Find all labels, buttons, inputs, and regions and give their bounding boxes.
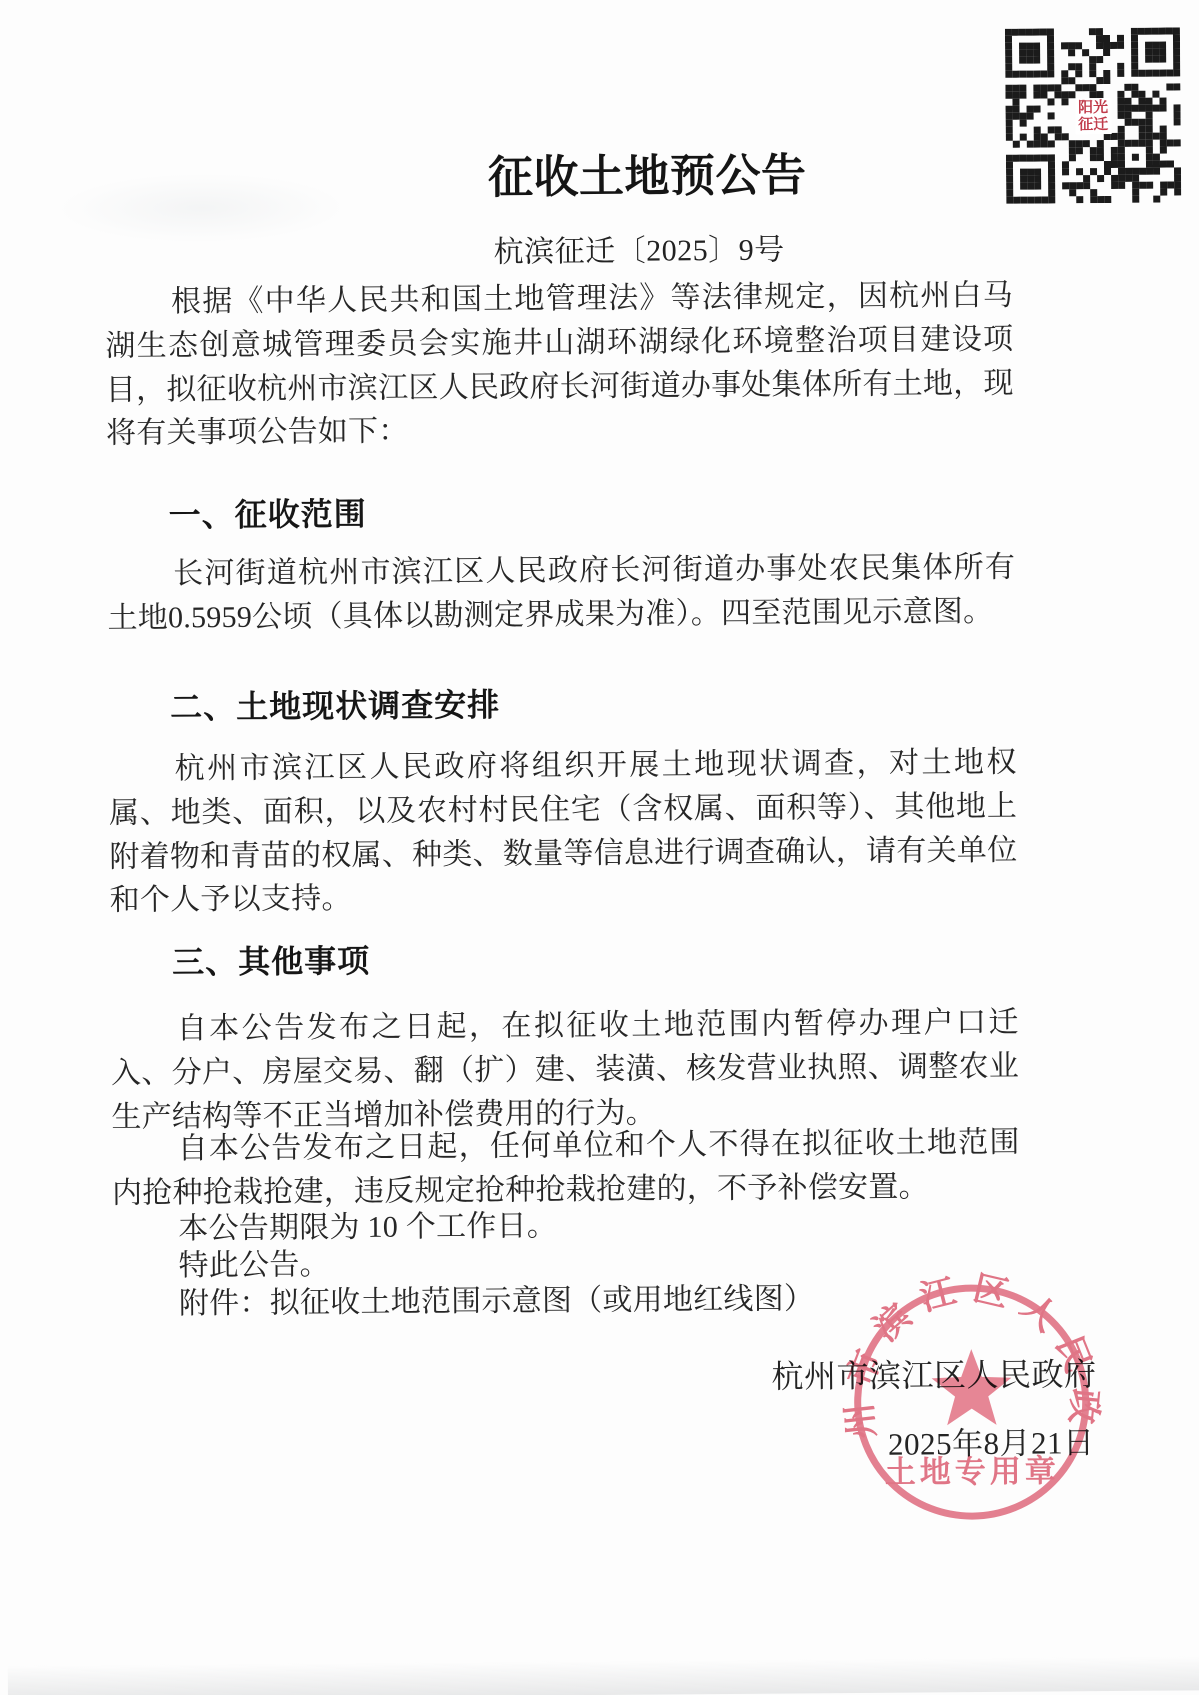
issuer-signature: 杭州市滨江区人民政府: [771, 1349, 1096, 1398]
section-1-heading: 一、征收范围: [169, 489, 367, 537]
section-1-paragraph: 长河街道杭州市滨江区人民政府长河街道办事处农民集体所有土地0.5959公顷（具体…: [107, 546, 1016, 641]
section-2-heading: 二、土地现状调查安排: [170, 680, 500, 729]
section-2-paragraph: 杭州市滨江区人民政府将组织开展土地现状调查，对土地权属、地类、面积，以及农村村民…: [109, 741, 1018, 923]
qr-center-label: 阳光 征迁: [1075, 97, 1111, 133]
document-content: 阳光 征迁 征收土地预公告 杭滨征迁〔2025〕9号 根据《中华人民共和国土地管…: [0, 0, 1199, 1695]
intro-paragraph: 根据《中华人民共和国土地管理法》等法律规定，因杭州白马湖生态创意城管理委员会实施…: [105, 274, 1014, 456]
qr-label-line1: 阳光: [1078, 98, 1108, 115]
scanned-document-page: 阳光 征迁 征收土地预公告 杭滨征迁〔2025〕9号 根据《中华人民共和国土地管…: [0, 0, 1199, 1695]
attachment-line: 附件：拟征收土地范围示意图（或用地红线图）: [113, 1276, 1021, 1327]
scan-smudge: [56, 172, 347, 244]
scan-bottom-shadow: [8, 1656, 1199, 1695]
section-3-paragraph-1: 自本公告发布之日起，在拟征收土地范围内暂停办理户口迁入、分户、房屋交易、翻（扩）…: [111, 1001, 1020, 1140]
document-number: 杭滨征迁〔2025〕9号: [493, 225, 784, 271]
qr-label-line2: 征迁: [1078, 115, 1108, 132]
page-title: 征收土地预公告: [488, 138, 807, 205]
section-3-heading: 三、其他事项: [172, 936, 370, 984]
issue-date: 2025年8月21日: [888, 1417, 1095, 1464]
qr-code: 阳光 征迁: [1005, 27, 1181, 203]
